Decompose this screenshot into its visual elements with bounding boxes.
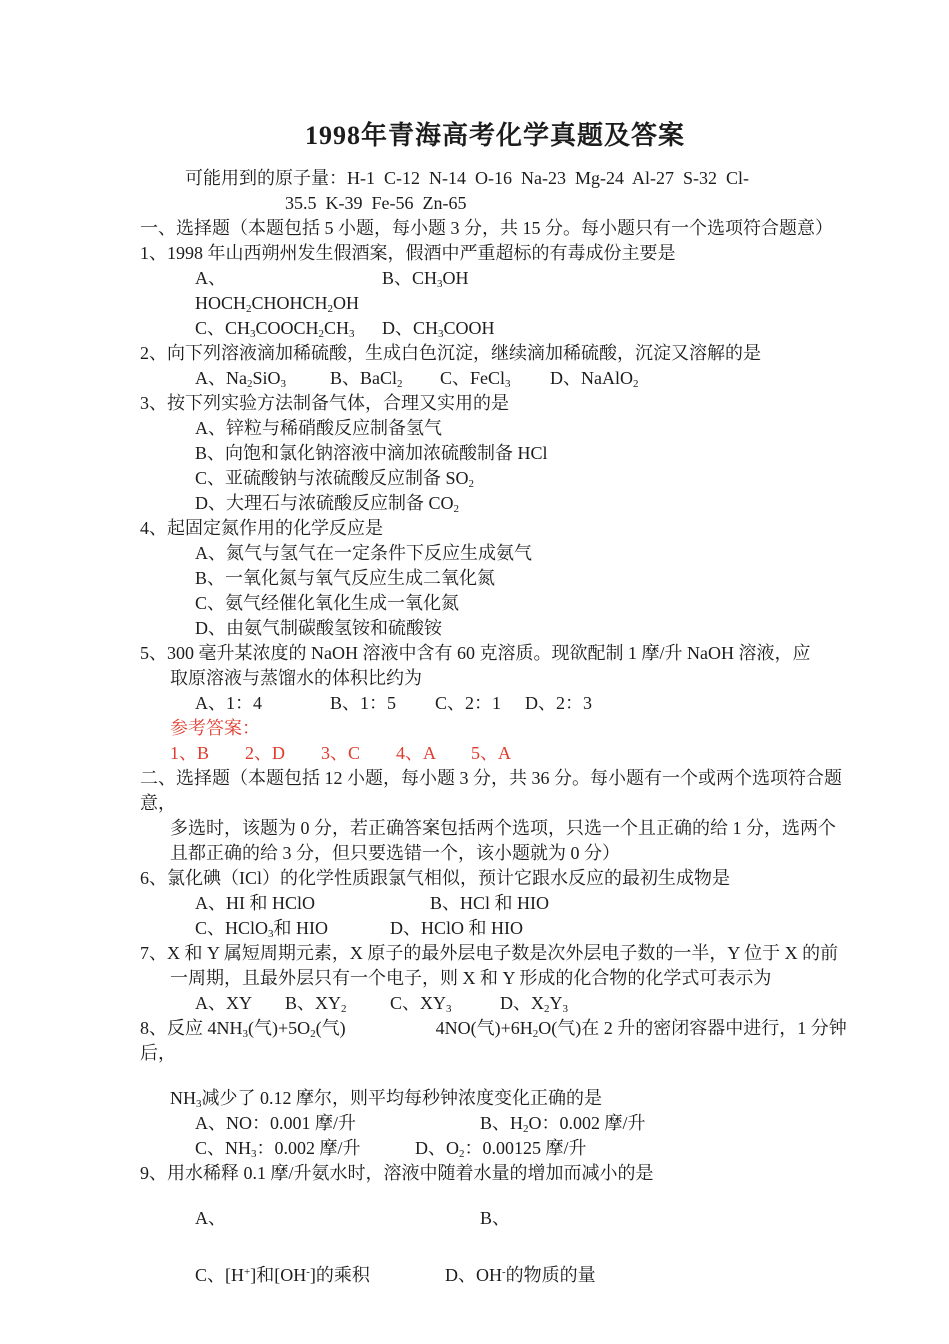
question-5-options-row-col: C、2：1 — [435, 691, 525, 716]
question-7-line-1: 7、X 和 Y 属短周期元素，X 原子的最外层电子数是次外层电子数的一半，Y 位… — [140, 941, 850, 966]
section-2-header-line-2: 多选时，该题为 0 分，若正确答案包括两个选项，只选一个且正确的给 1 分，选两… — [140, 816, 850, 841]
document-body: 可能用到的原子量：H-1 C-12 N-14 O-16 Na-23 Mg-24 … — [140, 166, 850, 1288]
question-1-options-row-2-col: D、CH3COOH — [382, 316, 495, 341]
question-9-options-row-2: C、[H+]和[OH-]的乘积D、OH-的物质的量 — [140, 1263, 850, 1288]
question-8-options-row-2: C、NH3：0.002 摩/升D、O2：0.00125 摩/升 — [140, 1136, 850, 1161]
question-3: 3、按下列实验方法制备气体，合理又实用的是 — [140, 391, 850, 416]
answer-key-values: 1、B 2、D 3、C 4、A 5、A — [140, 741, 850, 766]
question-9: 9、用水稀释 0.1 摩/升氨水时，溶液中随着水量的增加而减小的是 — [140, 1161, 850, 1186]
question-7-options-row-col: A、XY — [195, 991, 285, 1016]
question-8-options-row-1: A、NO：0.001 摩/升B、H2O：0.002 摩/升 — [140, 1111, 850, 1136]
question-2: 2、向下列溶液滴加稀硫酸，生成白色沉淀，继续滴加稀硫酸，沉淀又溶解的是 — [140, 341, 850, 366]
question-8-line-1: 8、反应 4NH3(气)+5O2(气) 4NO(气)+6H2O(气)在 2 升的… — [140, 1016, 850, 1066]
question-2-options-row-col: D、NaAlO2 — [550, 366, 639, 391]
question-5-options-row: A、1：4B、1：5C、2：1D、2：3 — [140, 691, 850, 716]
question-9-options-row-1-col: A、 — [195, 1206, 480, 1231]
question-8-line-2: NH3减少了 0.12 摩尔，则平均每秒钟浓度变化正确的是 — [140, 1086, 850, 1111]
question-1-options-row-1: A、HOCH2CHOHCH2OHB、CH3OH — [140, 266, 850, 316]
question-6-options-row-1-col: A、HI 和 HClO — [195, 891, 430, 916]
question-3-option-c: C、亚硫酸钠与浓硫酸反应制备 SO2 — [140, 466, 850, 491]
question-5-options-row-col: B、1：5 — [330, 691, 435, 716]
question-9-options-row-2-col: C、[H+]和[OH-]的乘积 — [195, 1263, 445, 1288]
question-7-options-row-col: C、XY3 — [390, 991, 500, 1016]
question-8-options-row-2-col: D、O2：0.00125 摩/升 — [415, 1136, 587, 1161]
answer-key-label: 参考答案： — [140, 716, 850, 741]
question-9-options-row-1: A、B、 — [140, 1206, 850, 1231]
question-8-options-row-1-col: A、NO：0.001 摩/升 — [195, 1111, 480, 1136]
question-5-line-1: 5、300 毫升某浓度的 NaOH 溶液中含有 60 克溶质。现欲配制 1 摩/… — [140, 641, 850, 666]
atomic-masses-line-1: 可能用到的原子量：H-1 C-12 N-14 O-16 Na-23 Mg-24 … — [140, 166, 850, 191]
question-3-option-a: A、锌粒与稀硝酸反应制备氢气 — [140, 416, 850, 441]
question-9-options-row-1-col: B、 — [480, 1206, 510, 1231]
question-1-options-row-2: C、CH3COOCH2CH3D、CH3COOH — [140, 316, 850, 341]
question-1-options-row-2-col: C、CH3COOCH2CH3 — [195, 316, 382, 341]
question-5-line-2: 取原溶液与蒸馏水的体积比约为 — [140, 666, 850, 691]
question-3-option-d: D、大理石与浓硫酸反应制备 CO2 — [140, 491, 850, 516]
page-title: 1998年青海高考化学真题及答案 — [140, 120, 850, 152]
section-2-header-line-3: 且都正确的给 3 分，但只要选错一个，该小题就为 0 分） — [140, 841, 850, 866]
question-3-option-b: B、向饱和氯化钠溶液中滴加浓硫酸制备 HCl — [140, 441, 850, 466]
question-2-options-row-col: B、BaCl2 — [330, 366, 440, 391]
question-6-options-row-2: C、HClO3和 HIOD、HClO 和 HIO — [140, 916, 850, 941]
question-7-options-row: A、XYB、XY2C、XY3D、X2Y3 — [140, 991, 850, 1016]
section-2-header-line-1: 二、选择题（本题包括 12 小题，每小题 3 分，共 36 分。每小题有一个或两… — [140, 766, 850, 816]
question-8-options-row-2-col: C、NH3：0.002 摩/升 — [195, 1136, 415, 1161]
question-4-option-d: D、由氨气制碳酸氢铵和硫酸铵 — [140, 616, 850, 641]
question-4-option-c: C、氨气经催化氧化生成一氧化氮 — [140, 591, 850, 616]
question-5-options-row-col: A、1：4 — [195, 691, 330, 716]
question-4-option-b: B、一氧化氮与氧气反应生成二氧化氮 — [140, 566, 850, 591]
document-page: 1998年青海高考化学真题及答案 可能用到的原子量：H-1 C-12 N-14 … — [0, 0, 949, 1344]
question-1: 1、1998 年山西朔州发生假酒案，假酒中严重超标的有毒成份主要是 — [140, 241, 850, 266]
question-7-options-row-col: D、X2Y3 — [500, 991, 568, 1016]
question-6-options-row-2-col: D、HClO 和 HIO — [390, 916, 523, 941]
question-6-options-row-1-col: B、HCl 和 HIO — [430, 891, 549, 916]
question-1-options-row-1-col: A、HOCH2CHOHCH2OH — [195, 266, 382, 316]
question-2-options-row-col: C、FeCl3 — [440, 366, 550, 391]
question-8-options-row-1-col: B、H2O：0.002 摩/升 — [480, 1111, 646, 1136]
question-7-line-2: 一周期，且最外层只有一个电子，则 X 和 Y 形成的化合物的化学式可表示为 — [140, 966, 850, 991]
question-6: 6、氯化碘（ICl）的化学性质跟氯气相似，预计它跟水反应的最初生成物是 — [140, 866, 850, 891]
question-2-options-row: A、Na2SiO3B、BaCl2C、FeCl3D、NaAlO2 — [140, 366, 850, 391]
question-4: 4、起固定氮作用的化学反应是 — [140, 516, 850, 541]
question-6-options-row-1: A、HI 和 HClOB、HCl 和 HIO — [140, 891, 850, 916]
question-5-options-row-col: D、2：3 — [525, 691, 592, 716]
question-9-options-row-2-col: D、OH-的物质的量 — [445, 1263, 596, 1288]
question-1-options-row-1-col: B、CH3OH — [382, 266, 469, 291]
question-7-options-row-col: B、XY2 — [285, 991, 390, 1016]
section-1-header: 一、选择题（本题包括 5 小题，每小题 3 分，共 15 分。每小题只有一个选项… — [140, 216, 850, 241]
atomic-masses-line-2: 35.5 K-39 Fe-56 Zn-65 — [140, 191, 850, 216]
question-6-options-row-2-col: C、HClO3和 HIO — [195, 916, 390, 941]
question-4-option-a: A、氮气与氢气在一定条件下反应生成氨气 — [140, 541, 850, 566]
question-2-options-row-col: A、Na2SiO3 — [195, 366, 330, 391]
